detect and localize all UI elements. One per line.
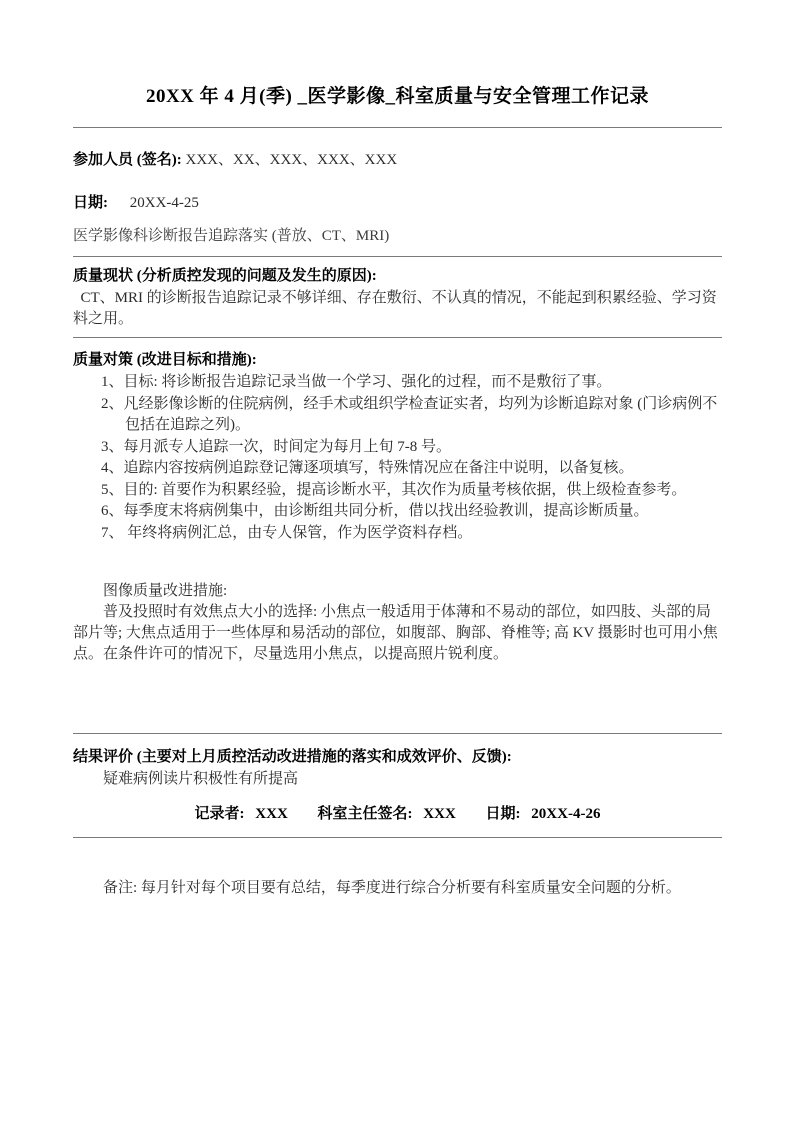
recorder-value: XXX	[255, 806, 288, 822]
evaluation-heading: 结果评价 (主要对上月质控活动改进措施的落实和成效评价、反馈):	[73, 747, 722, 768]
status-body: CT、MRI 的诊断报告追踪记录不够详细、存在敷衍、不认真的情况，不能起到积累经…	[73, 288, 722, 330]
measure-item: 4、追踪内容按病例追踪登记簿逐项填写，特殊情况应在备注中说明，以备复核。	[125, 458, 722, 480]
document-page: 20XX 年 4 月(季) _医学影像_科室质量与安全管理工作记录 参加人员 (…	[0, 0, 793, 1122]
measure-item: 5、目的: 首要作为积累经验，提高诊断水平，其次作为质量考核依据，供上级检查参考…	[125, 480, 722, 502]
divider-evaluation	[73, 733, 722, 734]
image-quality-heading: 图像质量改进措施:	[73, 581, 722, 602]
participants-value: XXX、XX、XXX、XXX、XXX	[186, 152, 398, 168]
date-line: 日期: 20XX-4-25	[73, 193, 722, 214]
measures-heading: 质量对策 (改进目标和措施):	[73, 350, 722, 371]
image-quality-body: 普及投照时有效焦点大小的选择: 小焦点一般适用于体薄和不易动的部位，如四肢、头部…	[73, 602, 722, 665]
recorder-label: 记录者:	[195, 806, 245, 822]
divider-bottom	[73, 837, 722, 838]
participants-line: 参加人员 (签名): XXX、XX、XXX、XXX、XXX	[73, 150, 722, 171]
measure-item: 7、 年终将病例汇总，由专人保管，作为医学资料存档。	[125, 523, 722, 545]
measure-item: 3、每月派专人追踪一次，时间定为每月上旬 7-8 号。	[125, 437, 722, 459]
director-signature-value: XXX	[423, 806, 456, 822]
signature-date-label: 日期:	[486, 806, 521, 822]
director-signature-label: 科室主任签名:	[318, 806, 413, 822]
measure-item: 1、目标: 将诊断报告追踪记录当做一个学习、强化的过程，而不是敷衍了事。	[125, 372, 722, 394]
divider-status	[73, 256, 722, 257]
date-label: 日期:	[73, 195, 108, 211]
date-value: 20XX-4-25	[130, 195, 199, 211]
measure-item: 2、凡经影像诊断的住院病例，经手术或组织学检查证实者，均列为诊断追踪对象 (门诊…	[125, 394, 722, 437]
page-title: 20XX 年 4 月(季) _医学影像_科室质量与安全管理工作记录	[73, 84, 722, 110]
evaluation-body: 疑难病例读片积极性有所提高	[73, 769, 722, 790]
measure-item: 6、每季度末将病例集中，由诊断组共同分析，借以找出经验教训，提高诊断质量。	[125, 501, 722, 523]
status-heading: 质量现状 (分析质控发现的问题及发生的原因):	[73, 266, 722, 287]
participants-label: 参加人员 (签名):	[73, 152, 182, 168]
signature-date-value: 20XX-4-26	[531, 806, 600, 822]
measures-list: 1、目标: 将诊断报告追踪记录当做一个学习、强化的过程，而不是敷衍了事。 2、凡…	[73, 372, 722, 544]
note-line: 备注: 每月针对每个项目要有总结，每季度进行综合分析要有科室质量安全问题的分析。	[73, 878, 722, 899]
divider-measures	[73, 337, 722, 338]
signature-row: 记录者: XXX 科室主任签名: XXX 日期: 20XX-4-26	[73, 804, 722, 825]
subject-line: 医学影像科诊断报告追踪落实 (普放、CT、MRI)	[73, 226, 722, 247]
divider-top	[73, 127, 722, 128]
